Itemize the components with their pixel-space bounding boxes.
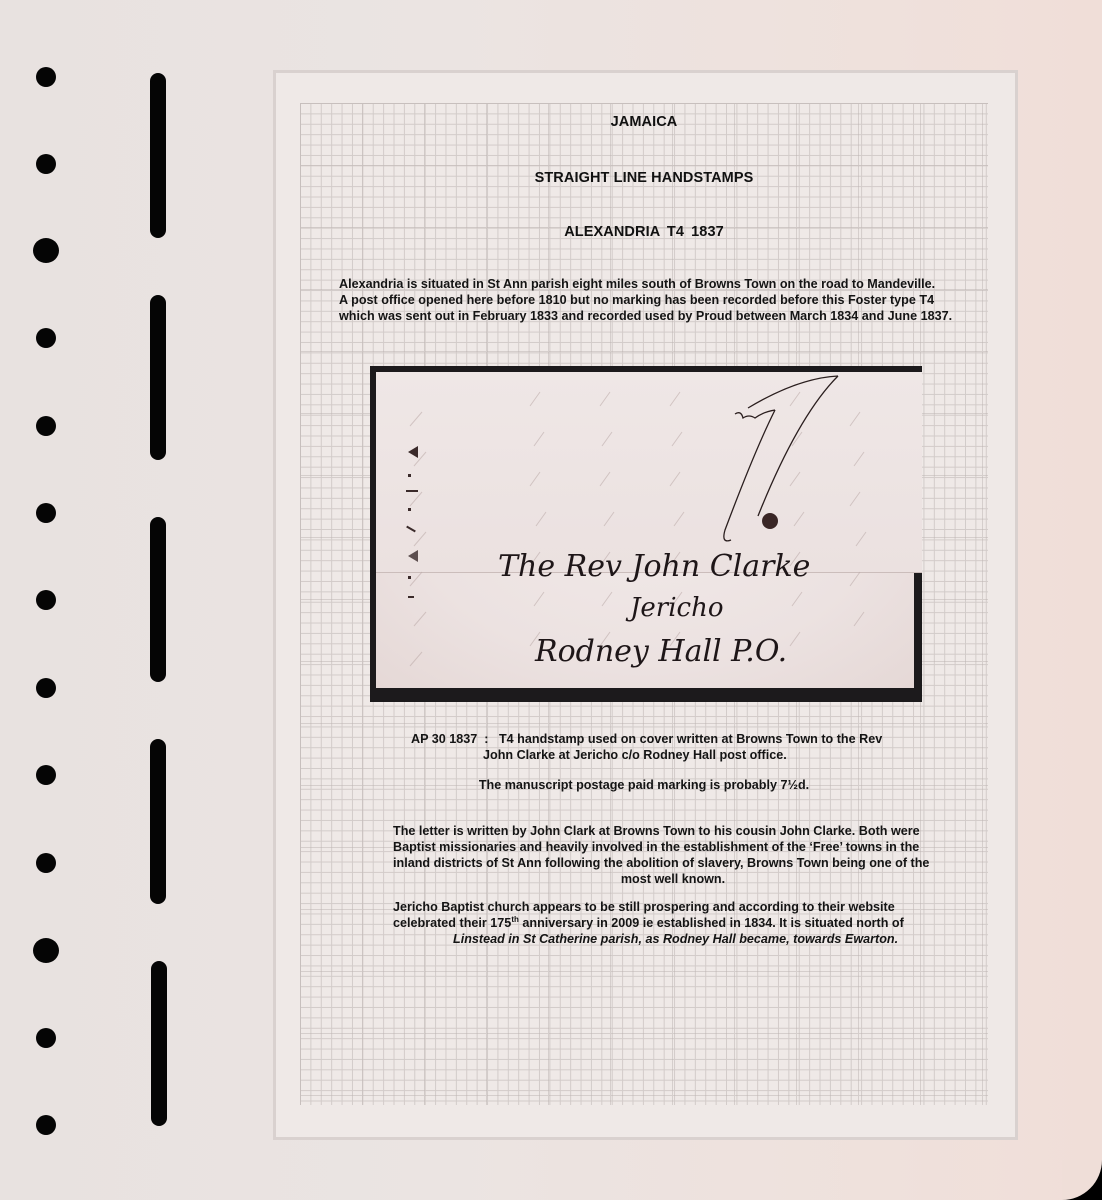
show-through-writing	[410, 392, 866, 666]
ordinal-suffix: th	[511, 915, 519, 924]
intro-line: Alexandria is situated in St Ann parish …	[339, 276, 979, 292]
caption-line: John Clarke at Jericho c/o Rodney Hall p…	[411, 747, 911, 763]
page-heading: ALEXANDRIA T4 1837	[300, 224, 988, 240]
punch-hole	[33, 238, 59, 263]
intro-line: A post office opened here before 1810 bu…	[339, 292, 979, 308]
address-line-2: Jericho	[625, 593, 724, 623]
binder-slot	[150, 517, 166, 682]
binder-slot	[150, 739, 166, 904]
church-line: Linstead in St Catherine parish, as Rodn…	[393, 931, 953, 947]
history-line: The letter is written by John Clark at B…	[393, 823, 953, 839]
church-line: Jericho Baptist church appears to be sti…	[393, 899, 953, 915]
cover-address: The Rev John Clarke Jericho Rodney Hall …	[498, 549, 810, 669]
address-line-1: The Rev John Clarke	[498, 549, 810, 584]
punch-hole	[33, 938, 59, 963]
cover-markings: The Rev John Clarke Jericho Rodney Hall …	[370, 366, 930, 706]
punch-hole	[36, 1028, 56, 1048]
seal-remnant	[762, 513, 778, 529]
punch-hole	[36, 416, 56, 436]
manuscript-rate-mark	[724, 376, 838, 541]
handstamp-alexandria	[406, 446, 418, 598]
punch-hole	[36, 1115, 56, 1135]
history-line: Baptist missionaries and heavily involve…	[393, 839, 953, 855]
punch-hole	[36, 678, 56, 698]
church-paragraph: Jericho Baptist church appears to be sti…	[393, 899, 953, 947]
history-line: most well known.	[393, 871, 953, 887]
history-paragraph: The letter is written by John Clark at B…	[393, 823, 953, 887]
punch-hole	[36, 67, 56, 87]
address-line-3: Rodney Hall P.O.	[534, 634, 787, 669]
punch-hole	[36, 765, 56, 785]
caption-line: AP 30 1837 : T4 handstamp used on cover …	[411, 731, 911, 747]
binder-slot	[151, 961, 167, 1126]
postage-note: The manuscript postage paid marking is p…	[300, 777, 988, 793]
church-line-2b: anniversary in 2009 ie established in 18…	[519, 916, 904, 930]
page-title: JAMAICA	[300, 114, 988, 130]
cover-caption: AP 30 1837 : T4 handstamp used on cover …	[411, 731, 911, 763]
church-line-2a: celebrated their 175	[393, 916, 511, 930]
intro-line: which was sent out in February 1833 and …	[339, 308, 979, 324]
punch-hole	[36, 154, 56, 174]
church-line: celebrated their 175th anniversary in 20…	[393, 915, 953, 931]
intro-paragraph: Alexandria is situated in St Ann parish …	[339, 276, 979, 324]
binder-slot	[150, 295, 166, 460]
punch-hole	[36, 503, 56, 523]
binder-slot	[150, 73, 166, 238]
punch-hole	[36, 853, 56, 873]
punch-hole	[36, 590, 56, 610]
page-subtitle: STRAIGHT LINE HANDSTAMPS	[300, 170, 988, 186]
history-line: inland districts of St Ann following the…	[393, 855, 953, 871]
punch-hole	[36, 328, 56, 348]
